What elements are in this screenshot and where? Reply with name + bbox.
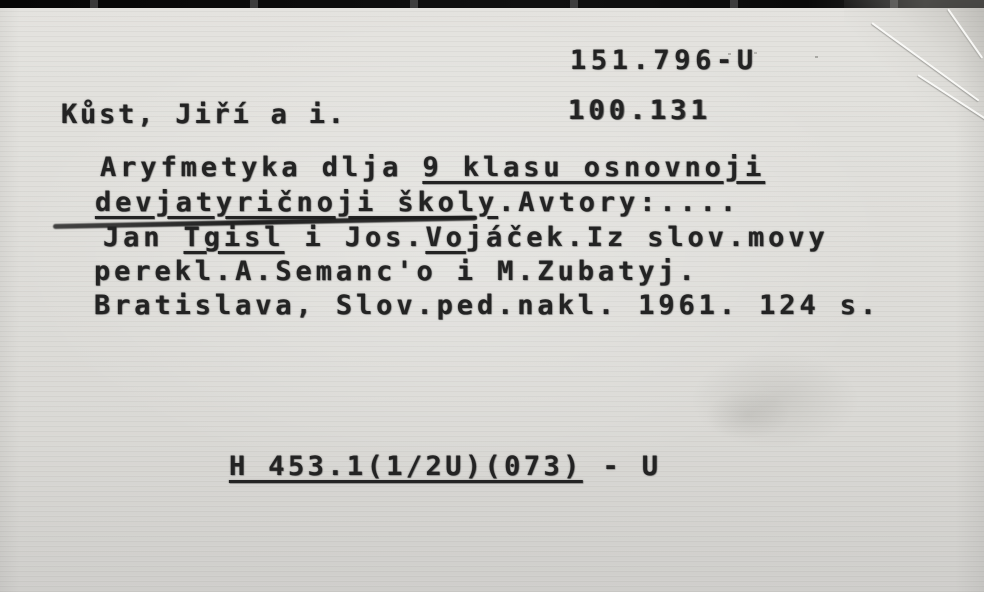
scan-edge-bar [0,0,984,8]
title-line-1: Aryfmetyka dlja 9 klasu osnovnoji [100,154,765,182]
title-line-2: devjatyričnoji školy.Avtory:.... [95,189,740,217]
title-underlined-text: 9 klasu osnovnoji [423,152,766,183]
author-surname-underlined: Tgisl [184,222,285,253]
author-heading: Kůst, Jiří a i. [61,101,347,129]
accession-number: 100.131 [568,97,711,125]
title-text: Aryfmetyka dlja [100,152,423,183]
call-number-underlined: H 453.1(1/2U)(073) [229,451,583,482]
registry-number: 151.796-U [570,47,758,75]
title-underlined-text: devjatyričnoji školy [95,187,498,218]
authors-line: Jan Tgisl i Jos.Vojáček.Iz slov.movy [103,224,829,252]
corner-crease-shading [844,0,984,150]
translators-line: perekl.A.Semanc'o i M.Zubatyj. [94,258,699,286]
authors-text: jáček.Iz slov.movy [466,222,829,253]
author-surname-underlined: Vo [426,222,466,253]
call-number: H 453.1(1/2U)(073) - U [229,453,661,481]
title-text: .Avtory:.... [498,187,740,218]
call-number-suffix: - U [583,451,662,482]
imprint-line: Bratislava, Slov.ped.nakl. 1961. 124 s. [94,292,880,320]
authors-text: Jan [103,222,184,253]
authors-text: i Jos. [284,222,425,253]
catalog-card-scan: 151.796-U Kůst, Jiří a i. 100.131 Aryfme… [0,0,984,592]
